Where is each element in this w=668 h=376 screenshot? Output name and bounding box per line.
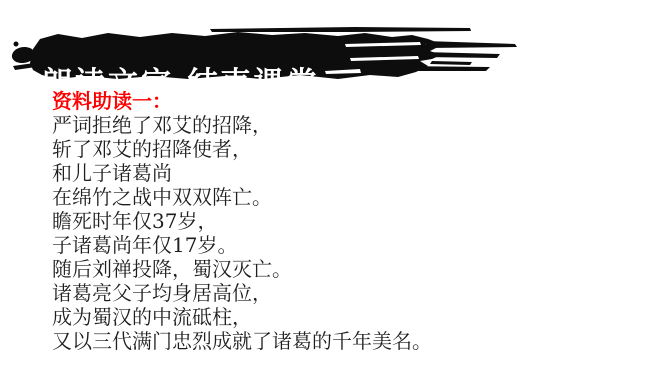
title-banner: 朗读文字 结束课堂: [0, 25, 668, 87]
text-line: 又以三代满门忠烈成就了诸葛的千年美名。: [52, 329, 652, 353]
text-line: 在绵竹之战中双双阵亡。: [52, 185, 652, 209]
slide-canvas: 朗读文字 结束课堂 资料助读一： 严词拒绝了邓艾的招降， 斩了邓艾的招降使者， …: [0, 0, 668, 376]
text-line: 诸葛亮父子均身居高位，: [52, 281, 652, 305]
reading-material: 资料助读一： 严词拒绝了邓艾的招降， 斩了邓艾的招降使者， 和儿子诸葛尚 在绵竹…: [52, 89, 652, 353]
text-line: 成为蜀汉的中流砥柱，: [52, 305, 652, 329]
text-line: 和儿子诸葛尚: [52, 161, 652, 185]
text-line: 瞻死时年仅37岁，: [52, 209, 652, 233]
text-line: 随后刘禅投降，蜀汉灭亡。: [52, 257, 652, 281]
text-line: 子诸葛尚年仅17岁。: [52, 233, 652, 257]
text-line: 斩了邓艾的招降使者，: [52, 137, 652, 161]
text-line: 严词拒绝了邓艾的招降，: [52, 113, 652, 137]
material-heading: 资料助读一：: [52, 89, 652, 113]
